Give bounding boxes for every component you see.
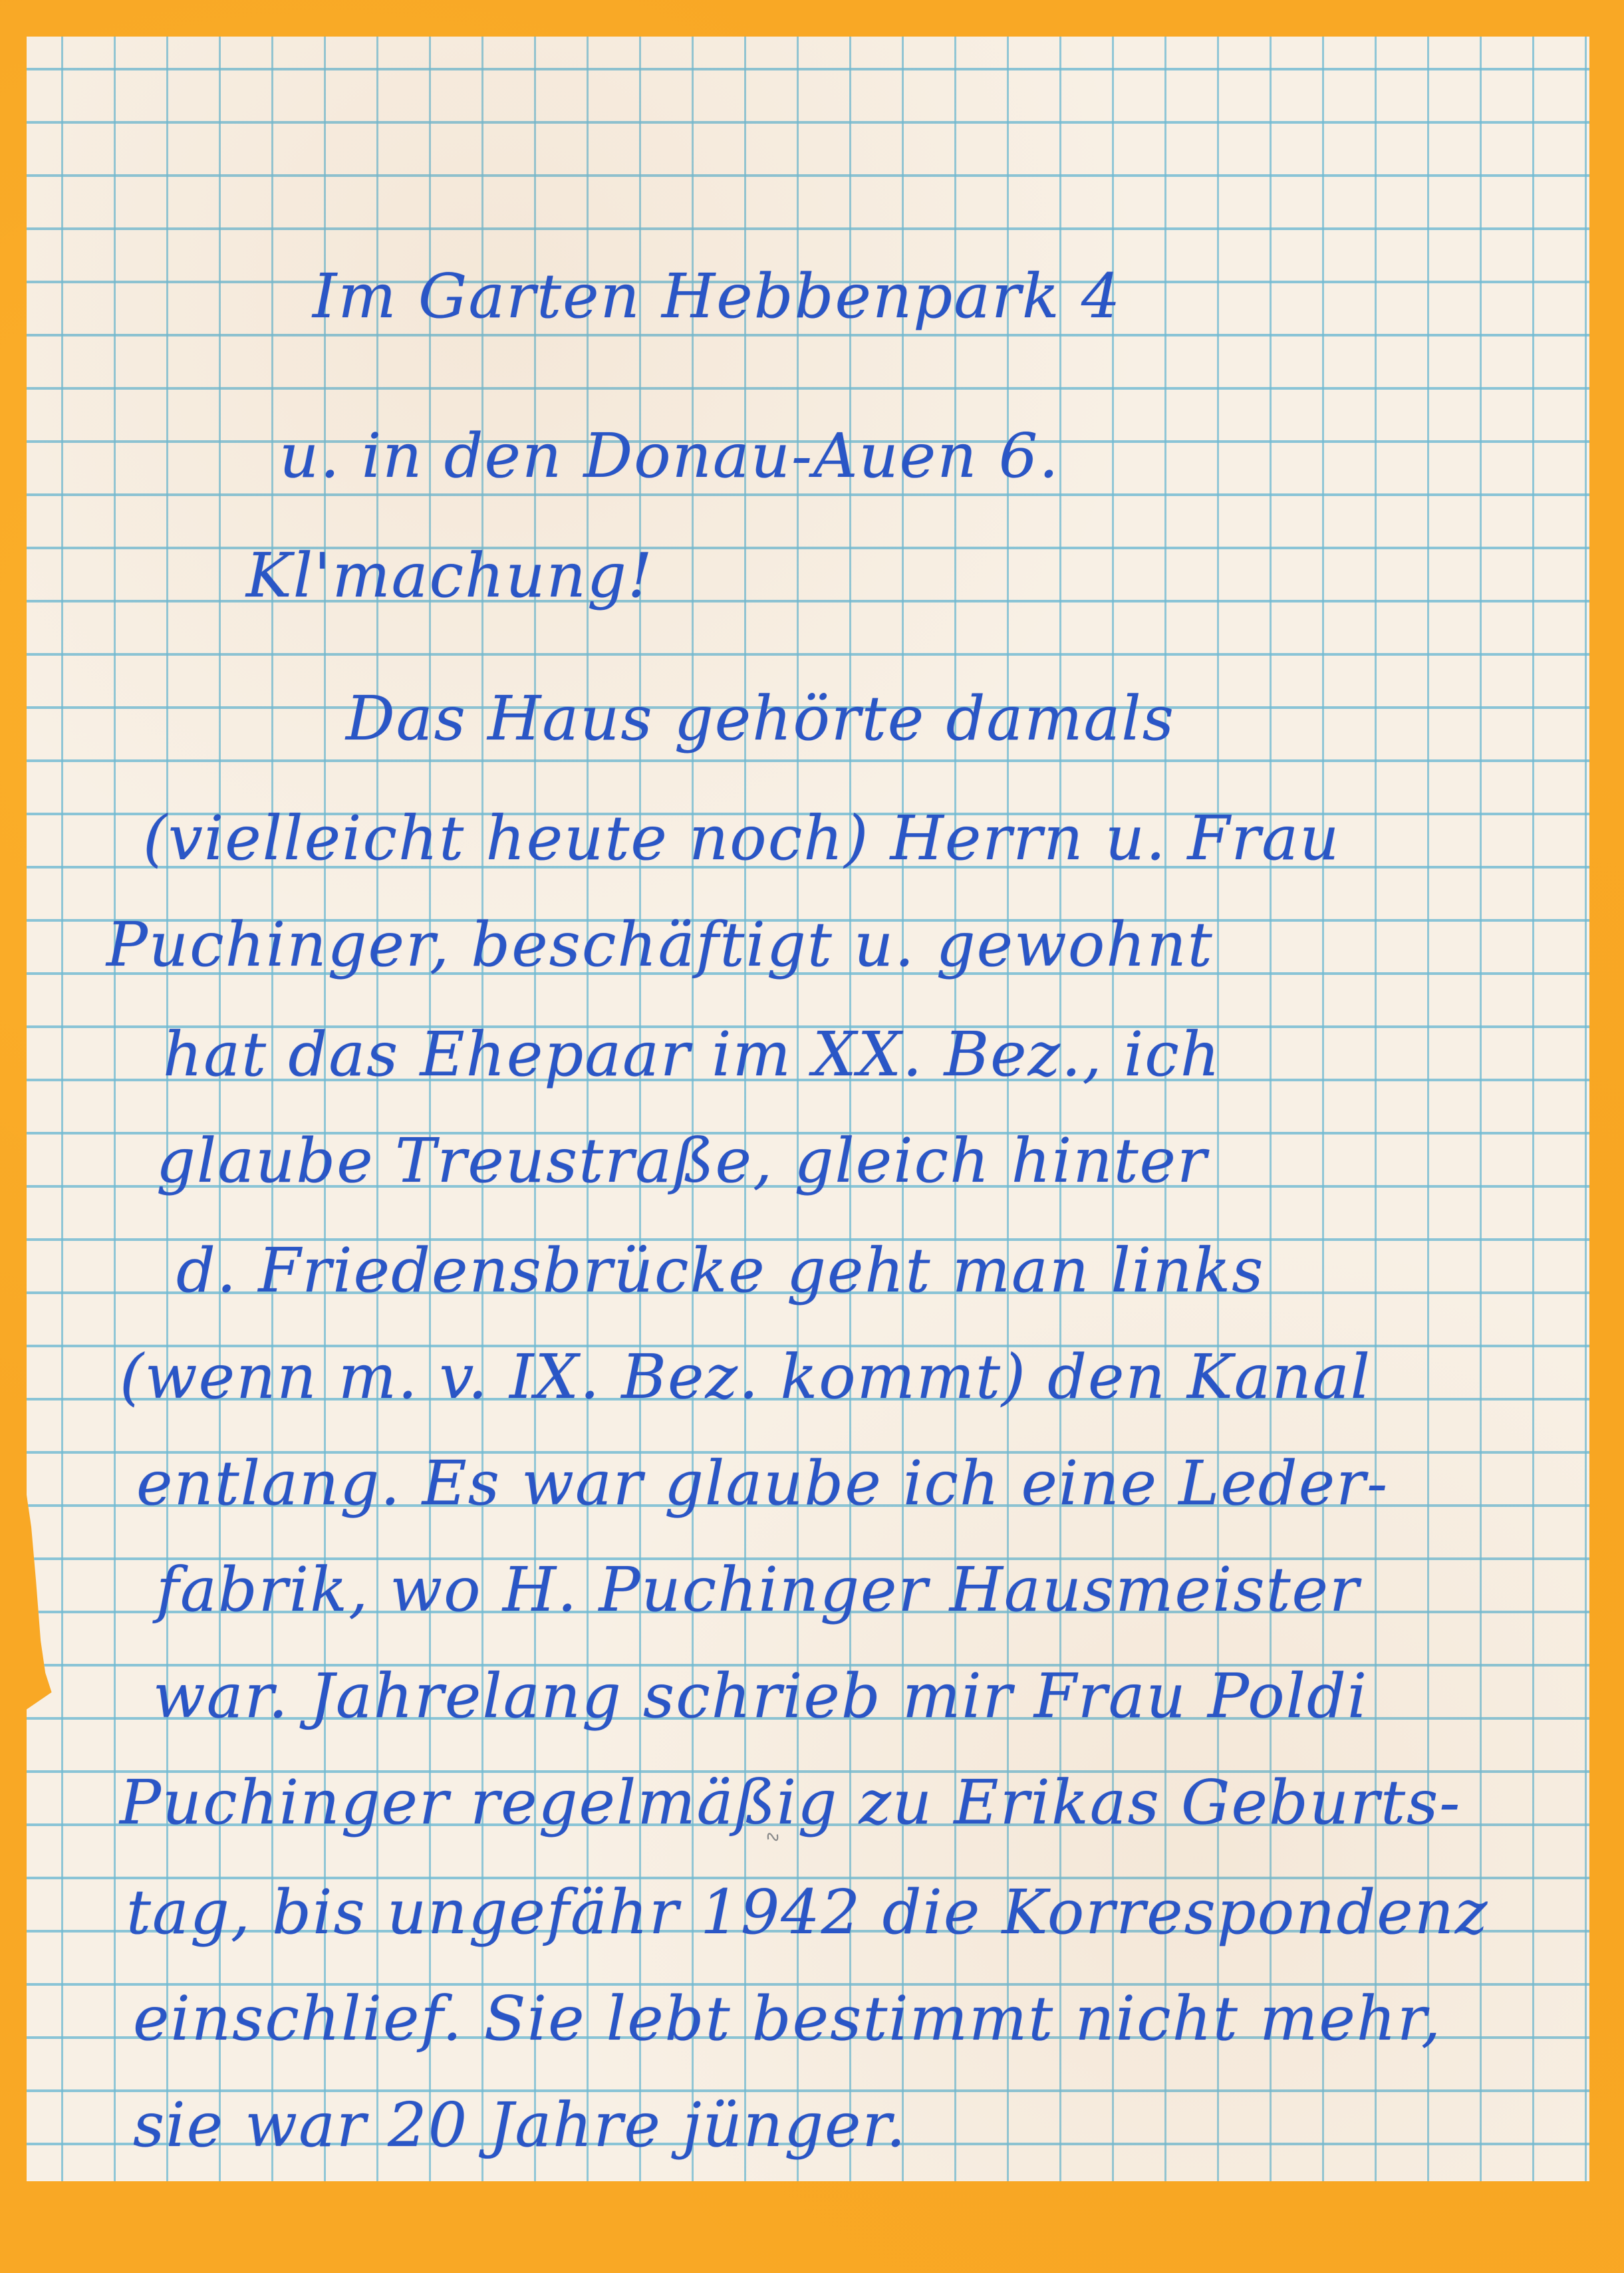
- text-line-14: Puchinger regelmäßig zu Erikas Geburts-: [120, 1772, 1461, 1833]
- text-line-3: Kl'machung!: [246, 545, 654, 606]
- grid-paper-sheet: [27, 37, 1589, 2181]
- text-line-11: entlang. Es war glaube ich eine Leder-: [136, 1453, 1389, 1514]
- text-line-16: einschlief. Sie lebt bestimmt nicht mehr…: [133, 1988, 1442, 2050]
- text-line-13: war. Jahrelang schrieb mir Frau Poldi: [153, 1666, 1368, 1727]
- text-line-4: Das Haus gehörte damals: [346, 688, 1175, 749]
- text-line-1: Im Garten Hebbenpark 4: [313, 266, 1121, 327]
- text-line-2: u. in den Donau-Auen 6.: [279, 426, 1060, 487]
- text-line-10: (wenn m. v. IX. Bez. kommt) den Kanal: [120, 1347, 1371, 1408]
- text-line-6: Puchinger, beschäftigt u. gewohnt: [106, 914, 1214, 976]
- text-line-12: fabrik, wo H. Puchinger Hausmeister: [156, 1559, 1360, 1621]
- text-line-9: d. Friedensbrücke geht man links: [176, 1240, 1264, 1301]
- text-line-17: sie war 20 Jahre jünger.: [133, 2095, 907, 2156]
- text-line-8: glaube Treustraße, gleich hinter: [156, 1131, 1208, 1192]
- text-line-5: (vielleicht heute noch) Herrn u. Frau: [143, 808, 1340, 869]
- text-line-15: tag, bis ungefähr 1942 die Korrespondenz: [126, 1882, 1488, 1943]
- text-line-7: hat das Ehepaar im XX. Bez., ich: [163, 1024, 1221, 1085]
